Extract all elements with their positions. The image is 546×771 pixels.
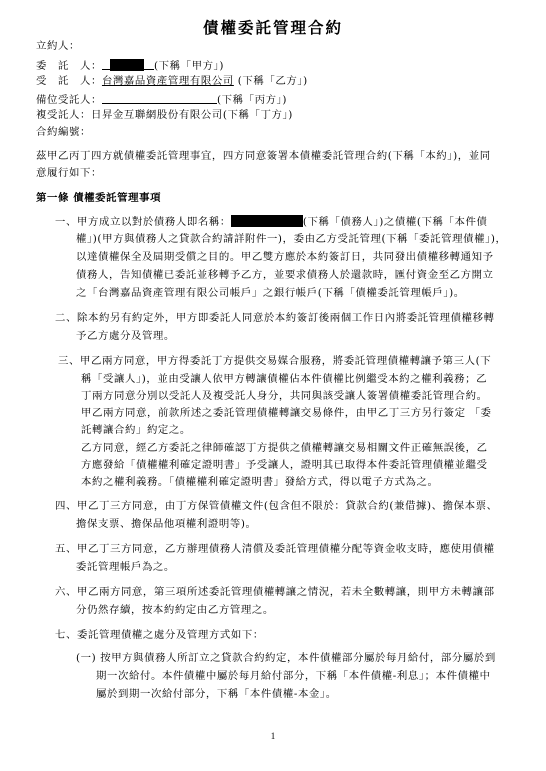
page-number: 1 <box>0 731 546 741</box>
clause-6-line-1: 六、甲乙兩方同意，第三項所述委託管理債權轉讓之情況，若未全數轉讓，則甲方未轉讓部 <box>55 586 495 598</box>
article-1-heading: 第一條 債權委託管理事項 <box>36 192 161 204</box>
clause-7-1-line-1: (一) 按甲方與債務人所訂立之貸款合約約定，本件債權部分屬於每月給付，部分屬於到 <box>76 652 496 664</box>
trustee-name: 台灣嘉品資產管理有限公司 <box>102 75 234 87</box>
principal-underline-right <box>144 58 154 70</box>
clause-7-line-1: 七、委託管理債權之處分及管理方式如下： <box>55 629 264 641</box>
principal-underline-left <box>102 58 110 70</box>
clause-5-line-2: 委託管理帳戶為之。 <box>76 561 175 573</box>
clause-1-line-1: 一、甲方成立以對於債務人即名稱：(下稱「債務人」)之債權(下稱「本件債 <box>55 215 487 228</box>
clause-1-text-a: 一、甲方成立以對於債務人即名稱： <box>55 216 231 228</box>
clause-3-line-1: 三、甲乙兩方同意，甲方得委託丁方提供交易媒合服務，將委託管理債權轉讓予第三人(下 <box>58 355 491 367</box>
principal-suffix: (下稱「甲方」) <box>154 60 224 72</box>
principal-label: 委 託 人： <box>36 60 102 72</box>
clause-3-line-7: 方應發給「債權權利確定證明書」予受讓人，證明其已取得本件委託管理債權並繼受 <box>81 459 488 471</box>
co-trustee-line: 複受託人：日昇金互聯網股份有限公司(下稱「丁方」) <box>36 109 293 121</box>
clause-4-line-1: 四、甲乙丁三方同意，由丁方保管債權文件(包含但不限於：貸款合約(兼借據)、擔保本… <box>55 500 498 512</box>
clause-3-line-8: 本約之權利義務。「債權權利確定證明書」發給方式，得以電子方式為之。 <box>81 476 439 488</box>
clause-1-line-2: 權」)(甲方與債務人之貸款合約請詳附件一)，委由乙方受託管理(下稱「委託管理債權… <box>76 233 507 245</box>
backup-trustee-suffix: (下稱「丙方」) <box>217 94 287 106</box>
clause-1-line-4: 債務人，告知債權已委託並移轉予乙方，並要求債務人於還款時，匯付資金至乙方開立 <box>76 269 494 281</box>
principal-line: 委 託 人：(下稱「甲方」) <box>36 58 224 72</box>
document-title: 債權委託管理合約 <box>0 16 546 38</box>
clause-3-line-2: 稱「受讓人」)，並由受讓人依甲方轉讓債權佔本件債權比例繼受本約之權利義務；乙 <box>81 373 487 385</box>
clause-1-line-3: 以達債權保全及屆期受償之目的。甲乙雙方應於本約簽訂日，共同發出債權移轉通知予 <box>76 251 494 263</box>
backup-trustee-label: 備位受託人： <box>36 94 102 106</box>
trustee-line: 受 託 人：台灣嘉品資產管理有限公司 (下稱「乙方」) <box>36 75 308 87</box>
clause-2-line-2: 予乙方處分及管理。 <box>76 330 175 342</box>
parties-header: 立約人： <box>36 40 80 52</box>
clause-1-text-b: (下稱「債務人」)之債權(下稱「本件債 <box>303 216 488 228</box>
clause-6-line-2: 分仍然存續，按本約約定由乙方管理之。 <box>76 604 274 616</box>
trustee-suffix: (下稱「乙方」) <box>234 75 308 87</box>
clause-2-line-1: 二、除本約另有約定外，甲方即委託人同意於本約簽訂後兩個工作日內將委託管理債權移轉 <box>55 312 495 324</box>
clause-5-line-1: 五、甲乙丁三方同意，乙方辦理債務人清償及委託管理債權分配等資金收支時，應使用債權 <box>55 543 495 555</box>
preamble-line-1: 茲甲乙丙丁四方就債權委託管理事宜，四方同意簽署本債權委託管理合約(下稱「本約」)… <box>36 150 491 162</box>
clause-3-line-4: 甲乙兩方同意，前款所述之委託管理債權轉讓交易條件，由甲乙丁三方另行簽定 「委 <box>81 407 492 419</box>
clause-7-1-line-3: 屬於到期一次給付部分，下稱「本件債權-本金」。 <box>96 688 337 700</box>
clause-4-line-2: 擔保支票、擔保品他項權利證明等)。 <box>76 518 257 530</box>
backup-trustee-line: 備位受託人：(下稱「丙方」) <box>36 92 287 106</box>
redacted-debtor-name <box>231 215 303 227</box>
contract-number-line: 合約編號： <box>36 126 91 138</box>
preamble-line-2: 意履行如下： <box>36 167 102 179</box>
clause-3-line-6: 乙方同意，經乙方委託之律師確認丁方提供之債權轉讓交易相關文件正確無誤後，乙 <box>81 442 488 454</box>
clause-1-line-5: 之「台灣嘉品資產管理有限公司帳戶」之銀行帳戶(下稱「債權委託管理帳戶」)。 <box>76 287 465 299</box>
clause-3-line-3: 丁兩方同意分別以受託人及複受託人身分，共同與該受讓人簽署債權委託管理合約。 <box>81 390 488 402</box>
clause-3-line-5: 託轉讓合約」約定之。 <box>81 424 191 436</box>
clause-7-1-line-2: 期一次給付。本件債權中屬於每月給付部分，下稱「本件債權-利息」；本件債權中 <box>96 670 491 682</box>
backup-trustee-blank <box>102 92 217 104</box>
redacted-principal-name <box>110 59 144 71</box>
trustee-label: 受 託 人： <box>36 75 102 87</box>
